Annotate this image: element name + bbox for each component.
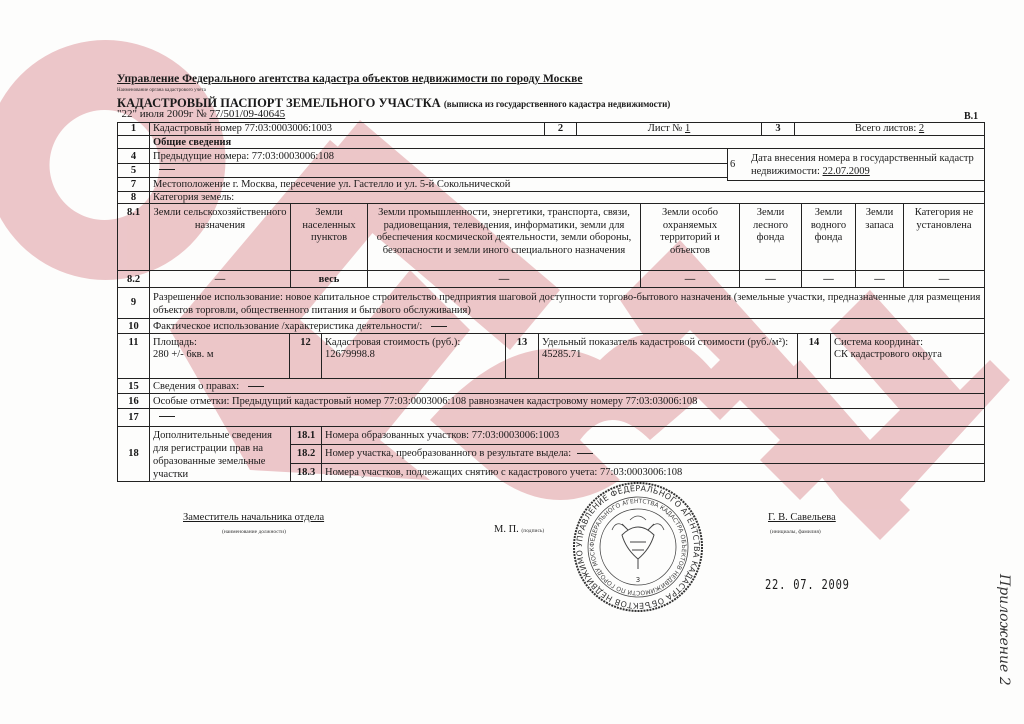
number-entry-date: Дата внесения номера в государственный к… xyxy=(747,148,984,181)
row-number: 3 xyxy=(761,122,794,135)
row-number: 4 xyxy=(118,148,149,163)
row-number: 8.2 xyxy=(118,270,149,287)
row-number: 6 xyxy=(730,159,735,170)
sub-row-label: Номера участков, подлежащих снятию с кад… xyxy=(325,467,682,478)
sub-row-label: Номера образованных участков: 77:03:0003… xyxy=(325,430,559,441)
document-number: "22" июля 2009г № 77/501/09-40645 xyxy=(117,108,285,120)
row-number: 17 xyxy=(118,408,149,426)
area: Площадь: 280 +/- 6кв. м xyxy=(149,333,289,378)
land-category-value: — xyxy=(903,270,984,287)
sheet-number: Лист № 1 xyxy=(576,122,761,135)
row6-numcell: 6 xyxy=(727,148,747,181)
sub-row-number: 18.2 xyxy=(290,444,321,463)
title-subtitle: (выписка из государственного кадастра не… xyxy=(444,99,670,109)
location: Местоположение г. Москва, пересечение ул… xyxy=(149,177,727,191)
signer-position-caption: (наименование должности) xyxy=(222,529,286,535)
special-notes: Особые отметки: Предыдущий кадастровый н… xyxy=(149,393,984,408)
specific-cadastral-value: Удельный показатель кадастровой стоимост… xyxy=(538,333,797,378)
sheet-label: Лист № xyxy=(648,123,683,134)
agency-caption: Наименование органа кадастрового учета xyxy=(117,88,206,93)
row-number: 8 xyxy=(118,191,149,203)
seal-number: 3 xyxy=(636,576,640,584)
rights-info-label: Сведения о правах: xyxy=(153,381,239,392)
total-sheets-value: 2 xyxy=(919,123,924,134)
land-category-value: — xyxy=(801,270,855,287)
total-sheets: Всего листов: 2 xyxy=(794,122,984,135)
row-number: 16 xyxy=(118,393,149,408)
specific-value-amount: 45285.71 xyxy=(542,349,794,361)
empty-dash xyxy=(248,386,264,387)
coordinate-system: Система координат: СК кадастрового округ… xyxy=(830,333,984,378)
additional-registration-info: Дополнительные сведения для регистрации … xyxy=(149,426,290,482)
row-number: 9 xyxy=(118,287,149,318)
coordinate-system-label: Система координат: xyxy=(834,337,981,349)
land-category-value: — xyxy=(149,270,290,287)
actual-use: Фактическое использование /характеристик… xyxy=(149,318,984,333)
coordinate-system-value: СК кадастрового округа xyxy=(834,349,981,361)
handwritten-note: Приложение 2 xyxy=(996,574,1012,686)
row-number: 5 xyxy=(118,163,149,177)
land-category-column-header: Земли населенных пунктов xyxy=(290,203,367,270)
signer-position: Заместитель начальника отдела xyxy=(183,512,324,523)
sub-row-text: Номера образованных участков: 77:03:0003… xyxy=(321,426,984,444)
land-category-value: — xyxy=(855,270,903,287)
row-number: 8.1 xyxy=(118,203,149,270)
land-category-column-header: Категория не установлена xyxy=(903,203,984,270)
sub-row-label: Номер участка, преобразованного в резуль… xyxy=(325,448,571,459)
coat-of-arms-icon xyxy=(612,516,664,569)
general-info-heading: Общие сведения xyxy=(149,135,984,148)
row-number: 11 xyxy=(118,333,149,378)
row-number: 12 xyxy=(289,333,321,378)
land-category-column-header: Земли запаса xyxy=(855,203,903,270)
land-category-value: — xyxy=(367,270,640,287)
cadastral-value: Кадастровая стоимость (руб.): 12679998.8 xyxy=(321,333,505,378)
sheet-value: 1 xyxy=(685,123,690,134)
agency-name: Управление Федерального агентства кадаст… xyxy=(117,73,582,85)
row-number: 7 xyxy=(118,177,149,191)
land-category-column-header: Земли лесного фонда xyxy=(739,203,801,270)
empty-dash xyxy=(159,416,175,417)
land-category-value: — xyxy=(739,270,801,287)
rights-info: Сведения о правах: xyxy=(149,378,984,393)
empty-dash xyxy=(577,453,593,454)
row17-value xyxy=(149,408,984,426)
row-number: 15 xyxy=(118,378,149,393)
row5-value xyxy=(149,163,727,177)
signer-name-caption: (инициалы, фамилия) xyxy=(770,529,821,535)
land-category-value: — xyxy=(640,270,739,287)
area-value: 280 +/- 6кв. м xyxy=(153,349,286,361)
row-number: 13 xyxy=(505,333,538,378)
empty-dash xyxy=(159,169,175,170)
document-number-value: 77/501/09-40645 xyxy=(209,108,285,120)
previous-numbers: Предыдущие номера: 77:03:0003006:108 xyxy=(149,148,727,163)
empty-dash xyxy=(431,326,447,327)
land-category-column-header: Земли сельскохозяйственного назначения xyxy=(149,203,290,270)
sub-row-text: Номер участка, преобразованного в резуль… xyxy=(321,444,984,463)
permitted-use: Разрешенное использование: новое капитал… xyxy=(149,287,984,318)
land-category: Категория земель: xyxy=(149,191,984,203)
sub-row-number: 18.1 xyxy=(290,426,321,444)
area-label: Площадь: xyxy=(153,337,286,349)
land-category-column-header: Земли особо охраняемых территорий и объе… xyxy=(640,203,739,270)
land-category-value: весь xyxy=(290,270,367,287)
land-category-column-header: Земли водного фонда xyxy=(801,203,855,270)
land-category-column-header: Земли промышленности, энергетики, трансп… xyxy=(367,203,640,270)
seal-caption: (подпись) xyxy=(521,528,544,534)
cadastral-number: Кадастровый номер 77:03:0003006:1003 xyxy=(149,122,544,135)
row-number: 14 xyxy=(797,333,830,378)
signer-name: Г. В. Савельева xyxy=(768,512,836,523)
sheet-code: В.1 xyxy=(964,111,978,122)
row-number: 2 xyxy=(544,122,576,135)
total-sheets-label: Всего листов: xyxy=(855,123,916,134)
row-number: 18 xyxy=(118,426,149,482)
seal-label: М. П. (подпись) xyxy=(494,524,544,535)
row-number: 1 xyxy=(118,123,149,135)
sub-row-number: 18.3 xyxy=(290,463,321,482)
document-date: "22" июля 2009г № xyxy=(117,108,207,120)
actual-use-label: Фактическое использование /характеристик… xyxy=(153,321,422,332)
seal-label-text: М. П. xyxy=(494,524,519,535)
specific-value-label: Удельный показатель кадастровой стоимост… xyxy=(542,337,794,349)
cadastral-value-amount: 12679998.8 xyxy=(325,349,502,361)
cadastral-value-label: Кадастровая стоимость (руб.): xyxy=(325,337,502,349)
general-info-numcell xyxy=(118,135,149,148)
date-stamp: 22. 07. 2009 xyxy=(765,578,850,593)
number-entry-date-value: 22.07.2009 xyxy=(823,166,870,177)
row-number: 10 xyxy=(118,318,149,333)
official-seal-stamp: УПРАВЛЕНИЕ ФЕДЕРАЛЬНОГО АГЕНТСТВА КАДАСТ… xyxy=(572,480,704,615)
